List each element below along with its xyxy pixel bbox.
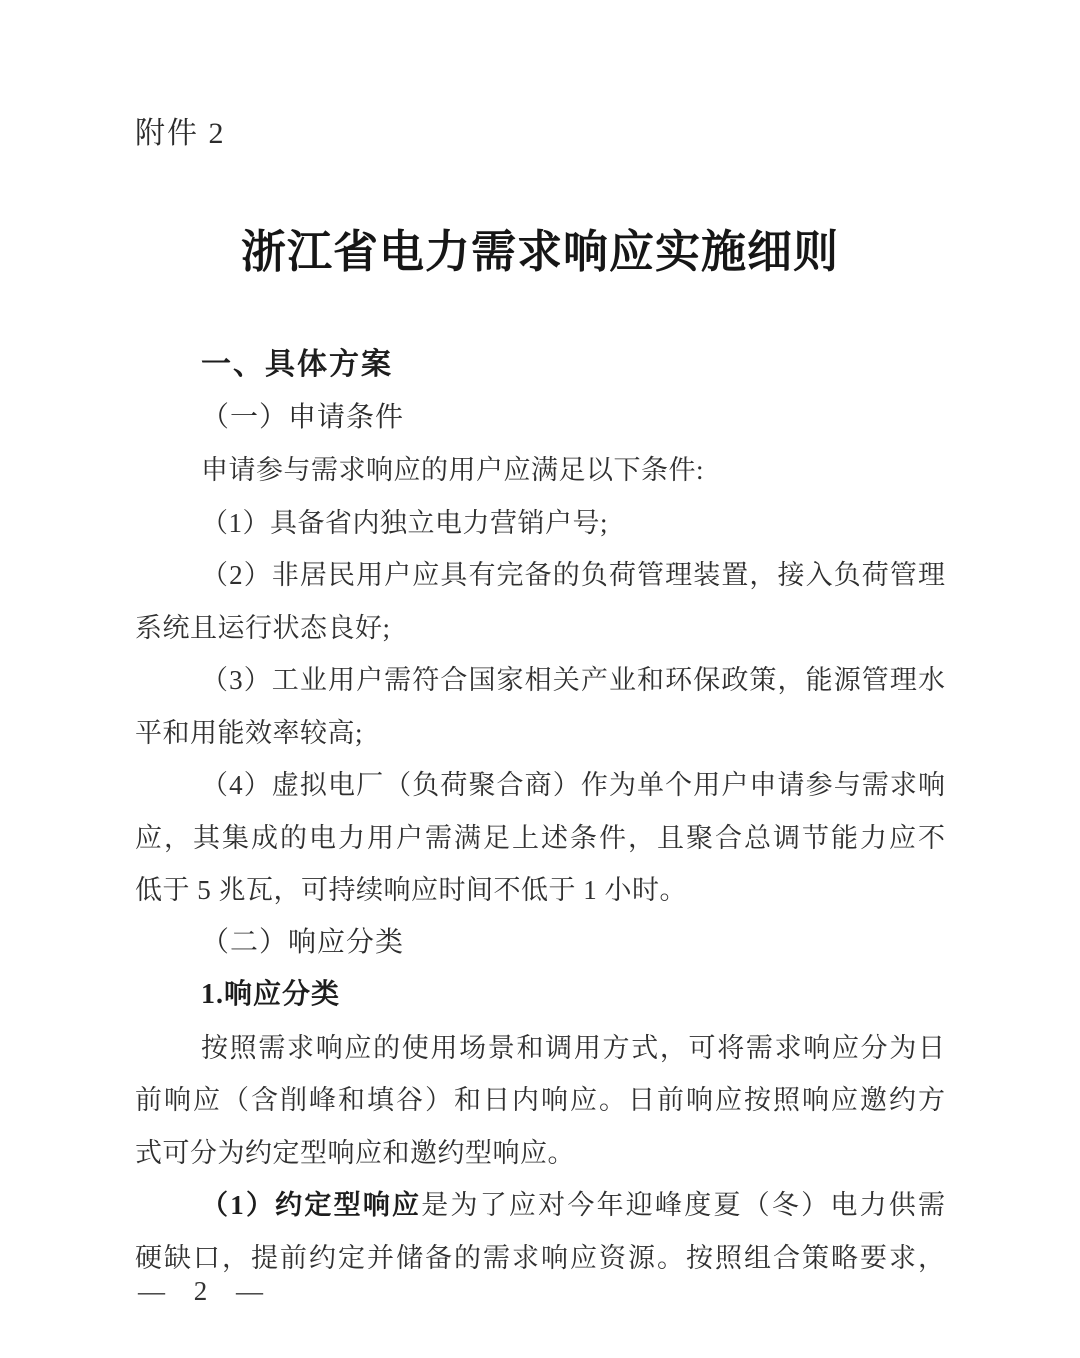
text-segment: 应，其集成的电力用户需满足上述条件，且聚合总调节能力应不 (135, 823, 945, 853)
text-line: 申请参与需求响应的用户应满足以下条件: (135, 444, 945, 497)
text-segment: 是为了应对今年迎峰度夏（冬）电力供需 (421, 1190, 945, 1220)
text-line: （2）非居民用户应具有完备的负荷管理装置，接入负荷管理 (135, 549, 945, 602)
text-segment: （2）非居民用户应具有完备的负荷管理装置，接入负荷管理 (201, 560, 945, 590)
text-line: 1.响应分类 (135, 969, 945, 1022)
text-segment: 前响应（含削峰和填谷）和日内响应。日前响应按照响应邀约方 (135, 1085, 945, 1115)
text-line: 平和用能效率较高; (135, 707, 945, 760)
page-number: — 2 — (138, 1276, 267, 1307)
text-line: （二）响应分类 (135, 917, 945, 970)
text-segment: （1）具备省内独立电力营销户号; (201, 508, 608, 538)
text-segment: 平和用能效率较高; (135, 718, 363, 748)
text-segment: 申请参与需求响应的用户应满足以下条件: (201, 455, 704, 485)
text-line: 前响应（含削峰和填谷）和日内响应。日前响应按照响应邀约方 (135, 1074, 945, 1127)
text-segment: 1.响应分类 (201, 979, 340, 1010)
text-line: 低于 5 兆瓦，可持续响应时间不低于 1 小时。 (135, 864, 945, 917)
text-line: （一）申请条件 (135, 392, 945, 445)
text-line: 按照需求响应的使用场景和调用方式，可将需求响应分为日 (135, 1022, 945, 1075)
text-segment: 硬缺口，提前约定并储备的需求响应资源。按照组合策略要求， (135, 1243, 945, 1273)
text-segment: 一、具体方案 (201, 348, 393, 381)
text-line: （1）约定型响应是为了应对今年迎峰度夏（冬）电力供需 (135, 1179, 945, 1232)
text-segment: （4）虚拟电厂（负荷聚合商）作为单个用户申请参与需求响 (201, 770, 945, 800)
text-line: （3）工业用户需符合国家相关产业和环保政策，能源管理水 (135, 654, 945, 707)
attachment-label: 附件 2 (135, 116, 226, 152)
text-line: （1）具备省内独立电力营销户号; (135, 497, 945, 550)
text-segment: （3）工业用户需符合国家相关产业和环保政策，能源管理水 (201, 665, 945, 695)
text-line: 系统且运行状态良好; (135, 602, 945, 655)
text-line: 一、具体方案 (135, 339, 945, 392)
text-segment: 系统且运行状态良好; (135, 613, 391, 643)
text-segment: 式可分为约定型响应和邀约型响应。 (135, 1138, 575, 1168)
text-line: 应，其集成的电力用户需满足上述条件，且聚合总调节能力应不 (135, 812, 945, 865)
text-line: （4）虚拟电厂（负荷聚合商）作为单个用户申请参与需求响 (135, 759, 945, 812)
document-page: 附件 2 浙江省电力需求响应实施细则 一、具体方案（一）申请条件申请参与需求响应… (0, 0, 1080, 1358)
document-title: 浙江省电力需求响应实施细则 (0, 215, 1080, 280)
text-segment: （二）响应分类 (201, 927, 404, 958)
text-segment: 低于 5 兆瓦，可持续响应时间不低于 1 小时。 (135, 875, 687, 905)
text-line: 式可分为约定型响应和邀约型响应。 (135, 1127, 945, 1180)
text-segment: 按照需求响应的使用场景和调用方式，可将需求响应分为日 (201, 1033, 945, 1063)
text-segment: （1）约定型响应 (201, 1190, 421, 1220)
text-segment: （一）申请条件 (201, 402, 404, 433)
document-body: 一、具体方案（一）申请条件申请参与需求响应的用户应满足以下条件:（1）具备省内独… (135, 339, 945, 1284)
